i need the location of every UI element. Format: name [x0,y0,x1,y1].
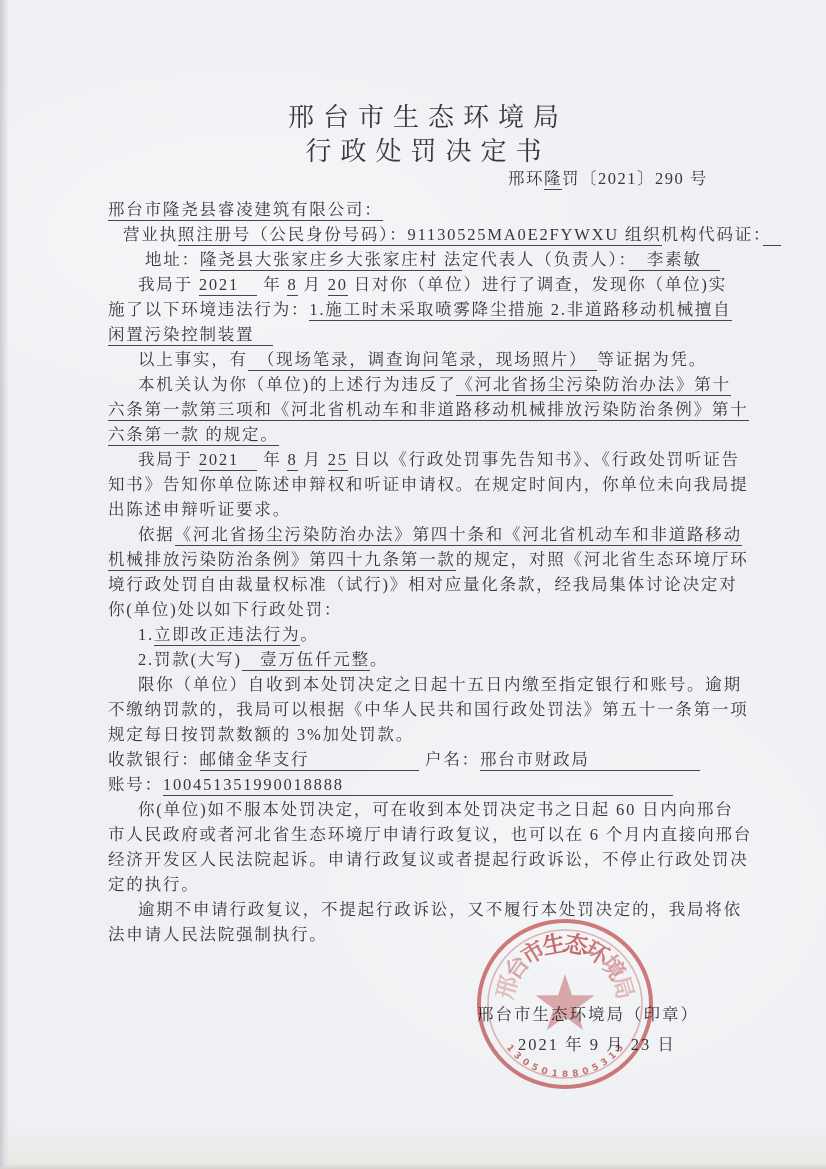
body-line: 你(单位)处以如下行政处罚： [108,597,768,622]
seal-serial-digit: 1 [504,1043,516,1054]
text-segment: 营业执 [123,225,178,244]
text-segment: 定的执行。 [108,875,200,894]
text-segment: 法申请人民法院强制执行。 [108,925,328,944]
text-segment: 出陈述申辩听证要求。 [108,500,291,519]
filled-blank: 李素敏 [629,250,721,271]
seal-serial-digit: 3 [511,1050,522,1062]
scan-edge-shadow [0,0,9,1169]
body-line: 机械排放污染防治条例》第四十九条第一款的规定，对照《河北省生态环境厅环 [108,547,768,572]
text-segment: 我局于 [138,275,199,294]
filled-blank: 《河北省扬尘污染防治办法》第四十条和《河北省机动车和非道路移动 [175,525,742,546]
text-segment: 以上事实，有 [138,350,248,369]
filled-blank: 8 [287,450,297,471]
filled-blank: 《河北省扬尘污染防治办法》第十 [456,375,731,396]
filled-blank: 隆尧县大张家庄乡大张家庄村 法 [200,250,462,271]
body-line: 营业执照注册号（公民身份号码）：91130525MA0E2FYWXU 组织机构代… [108,222,768,247]
seal-serial-digit: 8 [562,1070,568,1080]
filled-blank: 闲置污染控制装置 [108,325,273,346]
body-line: 闲置污染控制装置 [108,322,768,347]
body-line: 知书》告知你单位陈述申辩权和听证申请权。在规定时间内，你单位未向我局提 [108,472,768,497]
body-line: 六条第一款 的规定。 [108,422,768,447]
text-segment: 月 [298,275,328,294]
filled-blank: 100451351990018888 [163,775,673,796]
text-segment: 年 [257,275,287,294]
body-line: 本机关认为你（单位)的上述行为违反了《河北省扬尘污染防治办法》第十 [108,372,768,397]
body-line: 账号：100451351990018888 [108,772,768,797]
body-line: 我局于 2021 年 8 月 25 日以《行政处罚事先告知书》、《行政处罚听证告 [108,447,768,472]
seal-serial-digit: 8 [572,1069,580,1080]
body-line: 我局于 2021 年 8 月 20 日对你（单位）进行了调查，发现你（单位)实 [108,272,768,297]
filled-blank: 六条第一款第三项和《河北省机动车和非道路移动机械排放污染防治条例》第十 [108,400,749,421]
text-segment: 罚〔2021〕290 号 [562,169,708,188]
seal-serial-digit: 5 [591,1062,601,1074]
seal-serial-digit: 3 [614,1043,626,1054]
filled-blank: 邢台市财政局 [480,750,700,771]
text-segment: 日对你（单位）进行了调查，发现你（单位)实 [348,275,727,294]
text-segment: 等证据为凭。 [597,350,707,369]
filled-blank: 8 [287,275,297,296]
text-segment: 本机关认为你（单位)的上述行为违反了 [138,375,456,394]
filled-blank: 六条第一款 的规定。 [108,425,279,446]
body-line: 六条第一款第三项和《河北省机动车和非道路移动机械排放污染防治条例》第十 [108,397,768,422]
text-segment: 市人民政府或者河北省生态环境厅申请行政复议，也可以在 6 个月内直接向邢台 [108,825,752,844]
text-segment: 地址： [145,250,200,269]
text-segment: 账号： [108,775,163,794]
filled-blank: 邮储金华支行 [200,750,420,771]
filled-blank: 1.施工时未采取喷雾降尘措施 2.非道路移动机械擅自 [309,300,731,321]
text-segment: 邢环 [508,169,544,188]
document-number: 邢环隆罚〔2021〕290 号 [508,165,708,189]
seal-serial-digit: 1 [607,1050,618,1062]
seal-serial-digit: 3 [599,1057,610,1069]
text-segment: 限你（单位）自收到本处罚决定之日起十五日内缴至指定银行和账号。逾期 [138,675,742,694]
filled-blank: 邢台市隆尧县睿凌建筑有限公司： [108,200,383,221]
body-line: 依据《河北省扬尘污染防治办法》第四十条和《河北省机动车和非道路移动 [108,522,768,547]
filled-blank: 机械排放污染防治条例》第四十九条第一款 [108,550,456,571]
body-line: 定的执行。 [108,872,768,897]
seal-serial-digit: 0 [520,1057,531,1069]
body-line: 不缴纳罚款的，我局可以根据《中华人民共和国行政处罚法》第五十一条第一项 [108,697,768,722]
text-segment: 机构代码证： [662,225,764,244]
body-line: 2.罚款(大写) 壹万伍仟元整。 [108,647,768,672]
filled-blank: 壹万伍仟元整 [242,650,370,671]
text-segment: 月 [298,450,328,469]
body-line: 你(单位)如不服本处罚决定，可在收到本处罚决定书之日起 60 日内向邢台 [108,797,768,822]
filled-blank: 25 [328,450,348,471]
body-line: 限你（单位）自收到本处罚决定之日起十五日内缴至指定银行和账号。逾期 [108,672,768,697]
text-segment: 你(单位)处以如下行政处罚： [108,600,342,619]
filled-blank: （现场笔录，调查询问笔录，现场照片） [248,350,598,371]
body-line: 境行政处罚自由裁量权标准（试行)》相对应量化条款，经我局集体讨论决定对 [108,572,768,597]
body-line: 出陈述申辩听证要求。 [108,497,768,522]
text-segment: 1. [138,625,154,644]
text-segment: 2.罚款(大写) [138,650,242,669]
text-segment: 年 [257,450,287,469]
filled-blank: 2021 [199,450,258,471]
text-segment: 施了以下环境违法行为： [108,300,309,319]
text-segment: 收款银行： [108,750,200,769]
text-segment: 经济开发区人民法院起诉。申请行政复议或者提起行政诉讼，不停止行政处罚决 [108,850,749,869]
filled-blank [763,225,781,246]
text-segment: 依据 [138,525,175,544]
scan-edge-bottom [0,1164,826,1169]
body-line: 规定每日按罚款数额的 3%加处罚款。 [108,722,768,747]
text-segment: 定代表人（负责人）： [462,250,629,269]
text-segment: 规定每日按罚款数额的 3%加处罚款。 [108,725,414,744]
text-segment: 境行政处罚自由裁量权标准（试行)》相对应量化条款，经我局集体讨论决定对 [108,575,738,594]
seal-serial-digit: 5 [529,1062,539,1074]
body-line: 地址：隆尧县大张家庄乡大张家庄村 法定代表人（负责人）： 李素敏 [108,247,768,272]
body-line: 逾期不申请行政复议，不提起行政诉讼，又不履行本处罚决定的，我局将依 [108,897,768,922]
filled-blank: 照注册号（公民身份号码）：91130525MA0E2FYWXU 组织 [178,225,662,246]
text-segment: 你(单位)如不服本处罚决定，可在收到本处罚决定书之日起 60 日内向邢台 [138,800,734,819]
body-line: 经济开发区人民法院起诉。申请行政复议或者提起行政诉讼，不停止行政处罚决 [108,847,768,872]
body-line: 收款银行：邮储金华支行 户名：邢台市财政局 [108,747,768,772]
text-segment: 不缴纳罚款的，我局可以根据《中华人民共和国行政处罚法》第五十一条第一项 [108,700,749,719]
body-line: 法申请人民法院强制执行。 [108,922,768,947]
scanned-document-page: 邢台市生态环境局 行政处罚决定书 邢环隆罚〔2021〕290 号 邢台市隆尧县睿… [0,0,826,1169]
text-segment: 。 [300,625,318,644]
text-segment: 我局于 [138,450,199,469]
text-segment: 。 [370,650,388,669]
seal-star-icon [536,974,595,1030]
filled-blank: 2021 [199,275,258,296]
body-line: 市人民政府或者河北省生态环境厅申请行政复议，也可以在 6 个月内直接向邢台 [108,822,768,847]
issuing-agency-title: 邢台市生态环境局 [108,97,748,134]
text-segment: 的规定，对照《河北省生态环境厅环 [456,550,749,569]
text-segment: 知书》告知你单位陈述申辩权和听证申请权。在规定时间内，你单位未向我局提 [108,475,749,494]
filled-blank: 隆 [544,169,562,190]
document-body: 邢台市隆尧县睿凌建筑有限公司：营业执照注册号（公民身份号码）：91130525M… [108,197,768,947]
body-line: 邢台市隆尧县睿凌建筑有限公司： [108,197,768,222]
body-line: 1.立即改正违法行为。 [108,622,768,647]
text-segment: 户名： [419,750,480,769]
body-line: 以上事实，有 （现场笔录，调查询问笔录，现场照片） 等证据为凭。 [108,347,768,372]
official-seal-stamp: 邢台市生态环境局 1305018805313 [473,916,657,1092]
document-title: 行政处罚决定书 [108,131,748,168]
filled-blank: 20 [328,275,348,296]
filled-blank: 立即改正违法行为 [154,625,300,646]
text-segment: 日以《行政处罚事先告知书》、《行政处罚听证告 [348,450,740,469]
body-line: 施了以下环境违法行为：1.施工时未采取喷雾降尘措施 2.非道路移动机械擅自 [108,297,768,322]
